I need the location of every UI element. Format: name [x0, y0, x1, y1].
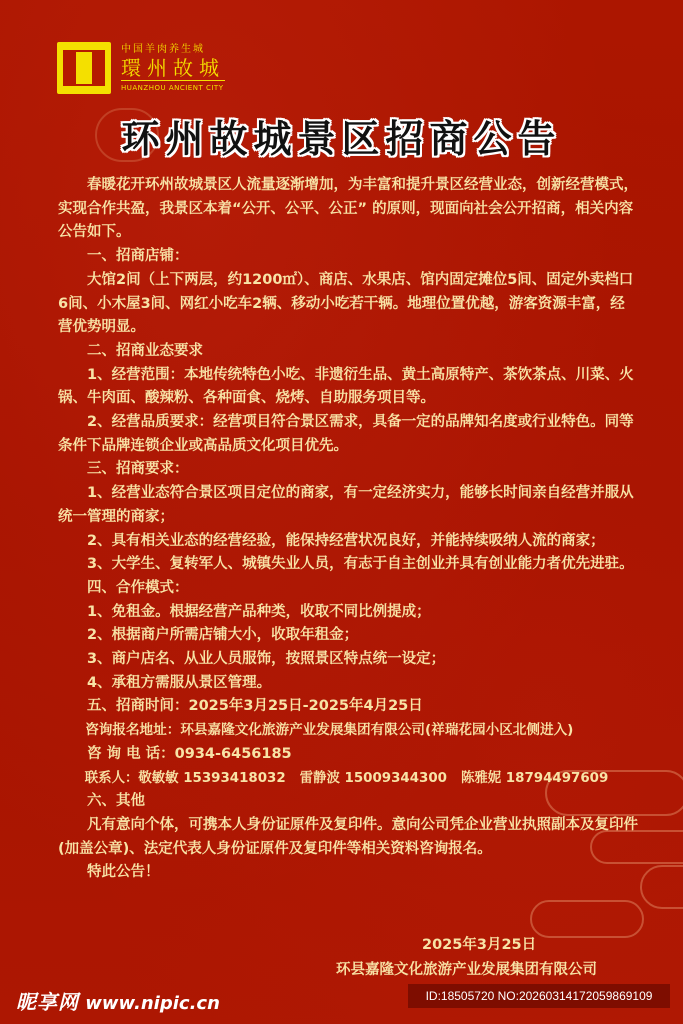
logo-name: 環州故城 [121, 56, 225, 80]
announcement-body: 春暖花开环州故城景区人流量逐渐增加，为丰富和提升景区经营业态，创新经营模式，实现… [58, 174, 638, 885]
intro-paragraph: 春暖花开环州故城景区人流量逐渐增加，为丰富和提升景区经营业态，创新经营模式，实现… [58, 174, 638, 245]
list-item: 2、经营品质要求：经营项目符合景区需求，具备一定的品牌知名度或行业特色。同等条件… [58, 411, 638, 458]
list-item: 3、大学生、复转军人、城镇失业人员，有志于自主创业并具有创业能力者优先进驻。 [58, 553, 638, 577]
watermark-logo: 昵享网 www.nipic.cn [16, 986, 220, 1015]
page-title: 环州故城景区招商公告 [0, 108, 683, 163]
list-item: 2、根据商户所需店铺大小，收取年租金； [58, 624, 638, 648]
section-heading: 六、其他 [58, 790, 638, 814]
section-heading: 五、招商时间：2025年3月25日-2025年4月25日 [58, 695, 638, 719]
section-text: 凡有意向个体，可携本人身份证原件及复印件。意向公司凭企业营业执照副本及复印件(加… [58, 814, 638, 861]
logo-subtitle: 中国羊肉养生城 [121, 44, 225, 56]
list-item: 2、具有相关业态的经营经验，能保持经营状况良好，并能持续吸纳人流的商家； [58, 530, 638, 554]
list-item: 3、商户店名、从业人员服饰，按照景区特点统一设定； [58, 648, 638, 672]
signature-company: 环县嘉隆文化旅游产业发展集团有限公司 [336, 958, 597, 979]
watermark-site-name: 昵享网 [16, 990, 79, 1014]
section-heading: 四、合作模式： [58, 577, 638, 601]
list-item: 4、承租方需服从景区管理。 [58, 672, 638, 696]
logo-emblem-icon [57, 42, 111, 94]
list-item: 1、免租金。根据经营产品种类，收取不同比例提成； [58, 601, 638, 625]
cloud-decoration [640, 865, 683, 909]
section-heading: 一、招商店铺： [58, 245, 638, 269]
logo: 中国羊肉养生城 環州故城 HUANZHOU ANCIENT CITY [57, 40, 237, 98]
watermark-url: www.nipic.cn [85, 993, 220, 1014]
list-item: 1、经营业态符合景区项目定位的商家，有一定经济实力，能够长时间亲自经营并服从统一… [58, 482, 638, 529]
watermark-id: ID:18505720 NO:20260314172059869109 [408, 984, 670, 1008]
contact-persons: 联系人：敬敏敏 15393418032 雷静波 15009344300 陈雅妮 … [58, 767, 638, 791]
contact-phone: 咨 询 电 话：0934-6456185 [58, 743, 638, 767]
section-heading: 二、招商业态要求 [58, 340, 638, 364]
cloud-decoration [530, 900, 644, 938]
section-heading: 三、招商要求： [58, 458, 638, 482]
list-item: 1、经营范围：本地传统特色小吃、非遗衍生品、黄土高原特产、茶饮茶点、川菜、火锅、… [58, 364, 638, 411]
logo-english: HUANZHOU ANCIENT CITY [121, 80, 225, 93]
section-text: 大馆2间（上下两层，约1200㎡）、商店、水果店、馆内固定摊位5间、固定外卖档口… [58, 269, 638, 340]
closing-text: 特此公告！ [58, 861, 638, 885]
contact-address: 咨询报名地址：环县嘉隆文化旅游产业发展集团有限公司(祥瑞花园小区北侧进入) [58, 719, 638, 743]
signature-date: 2025年3月25日 [422, 933, 536, 954]
